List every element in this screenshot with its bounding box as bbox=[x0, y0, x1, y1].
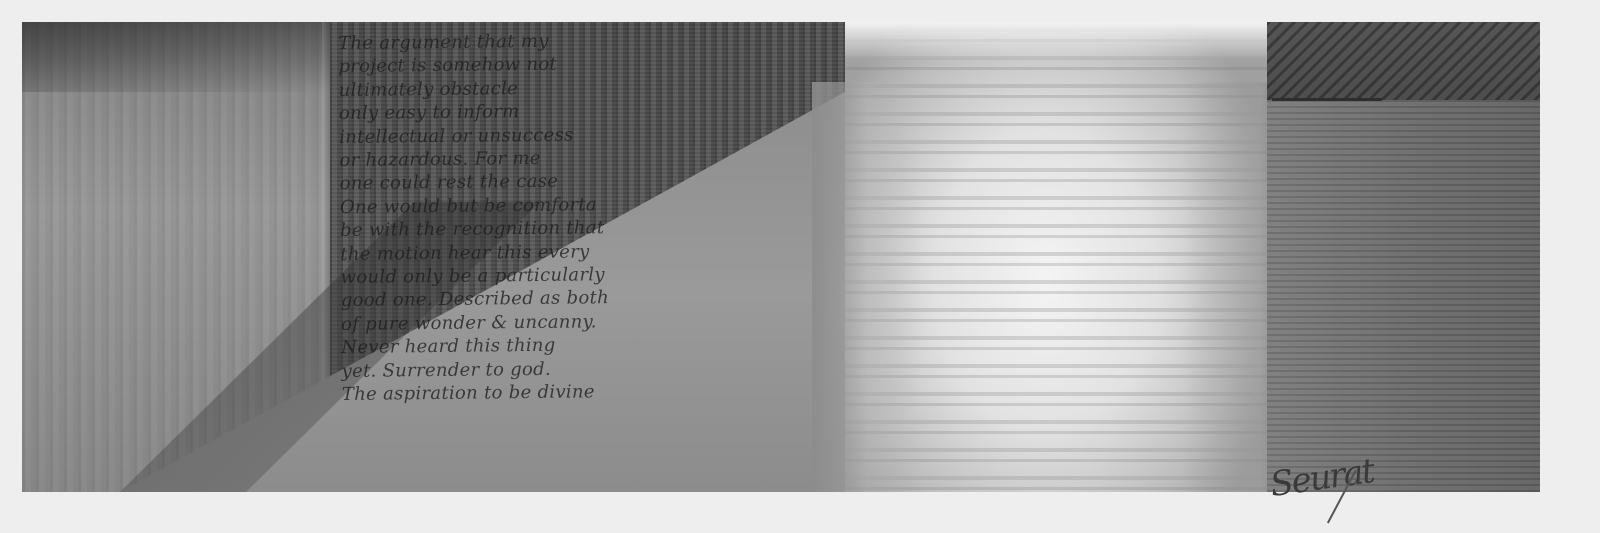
pencil-drawing: The argument that my project is somehow … bbox=[22, 22, 1540, 492]
water-top-glow bbox=[845, 22, 1290, 62]
handwriting-line: The aspiration to be divine bbox=[342, 379, 722, 406]
left-pillar-top-shadow bbox=[22, 22, 342, 92]
right-block-cap bbox=[1267, 22, 1540, 100]
right-cap-edge-line bbox=[1272, 98, 1382, 101]
water-left-fade bbox=[812, 82, 922, 492]
handwritten-text: The argument that my project is somehow … bbox=[338, 28, 722, 406]
